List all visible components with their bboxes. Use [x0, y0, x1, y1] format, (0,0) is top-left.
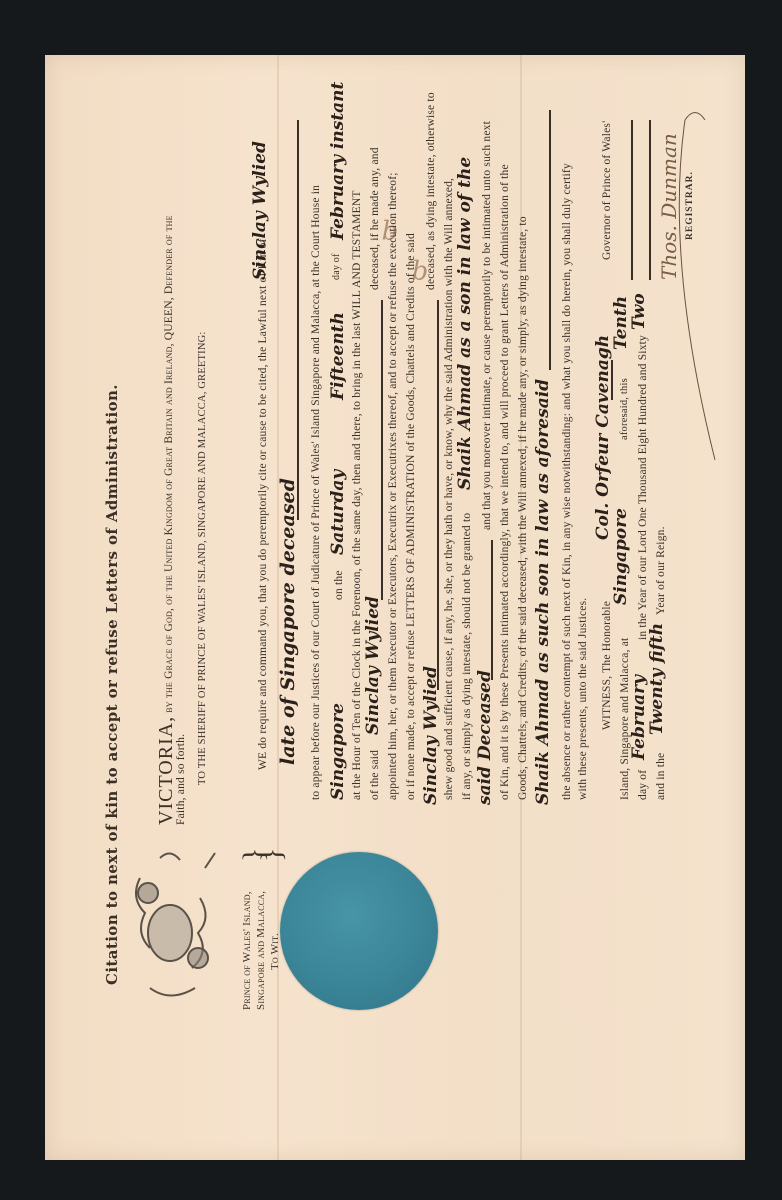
handwritten-next-of-kin: Sinclay Wylied: [250, 141, 270, 280]
handwritten-late-of: late of Singapore deceased: [277, 478, 299, 765]
handwritten-day-number: Fifteenth: [328, 312, 348, 400]
bleed-through-mark: b: [382, 217, 399, 247]
body-line-8: of Kin, and it is by these Presents inti…: [499, 164, 511, 800]
bleed-through-mark: b: [412, 257, 429, 287]
handwritten-month-of: February: [629, 675, 649, 760]
witness-line-1: WITNESS, The Honorable: [601, 601, 613, 730]
witness-line-4b: Year of our Reign.: [655, 526, 667, 615]
handwritten-court-place: Singapore: [328, 703, 348, 800]
brace-icon: }: [255, 847, 289, 862]
body-line-9: Goods, Chattels, and Credits, of the sai…: [517, 216, 529, 800]
handwritten-honorable-name: Col. Orfeur Cavenagh: [593, 335, 613, 540]
handwritten-administer-to: Shaik Ahmad as such son in law as afores…: [533, 379, 553, 805]
handwritten-this-day: Tenth: [611, 296, 631, 350]
jurisdiction-line-1: Prince of Wales' Island,: [241, 891, 253, 1010]
handwritten-at-place: Singapore: [611, 508, 631, 605]
fill-line: [611, 360, 613, 400]
document-title: Citation to next of kin to accept or ref…: [103, 384, 121, 985]
handwritten-on-day: Saturday: [328, 470, 348, 555]
jurisdiction-line-2: Singapore and Malacca,: [255, 891, 267, 1010]
witness-line-3a: day of: [637, 770, 649, 800]
body-line-11: with these presents, unto the said Justi…: [577, 598, 589, 800]
handwritten-granted-to: Shaik Ahmad as a son in law of the: [455, 157, 475, 490]
body-on: on the: [333, 570, 345, 600]
fill-line: [631, 120, 633, 280]
body-line-7: and that you moreover intimate, or cause…: [481, 121, 493, 530]
body-line-10: the absence or rather contempt of such n…: [561, 163, 573, 800]
fill-line: [297, 120, 299, 520]
witness-line-4a: and in the: [655, 753, 667, 800]
document-content: Citation to next of kin to accept or ref…: [45, 55, 745, 1160]
signature-flourish-icon: [645, 100, 725, 460]
witness-governor: Governor of Prince of Wales': [601, 121, 613, 260]
handwritten-said-deceased: said Deceased: [475, 670, 495, 805]
body-day-of: day of: [331, 254, 342, 280]
body-line-6: shew good and sufficient cause, if any, …: [443, 178, 455, 800]
handwritten-month: February instant: [328, 82, 348, 240]
body-line-2: to appear before our Justices of our Cou…: [310, 185, 322, 800]
handwritten-reign-year: Twenty fifth: [647, 623, 667, 735]
body-line-4: appointed him, her, or them Executor or …: [387, 172, 399, 800]
handwritten-said-name: Sinclay Wylied: [363, 596, 383, 735]
fill-line: [437, 300, 439, 690]
jurisdiction-line-3: To Wit.: [269, 933, 281, 970]
preamble-to-sheriff: TO THE SHERIFF OF PRINCE OF WALES' ISLAN…: [197, 331, 208, 785]
body-line-5: or if none made, to accept or refuse LET…: [405, 233, 417, 800]
body-said: of the said: [369, 750, 381, 800]
fill-line: [491, 540, 493, 680]
body-line-1: WE do require and command you, that you …: [257, 238, 269, 770]
fill-line: [381, 300, 383, 600]
preamble-faith: Faith, and so forth.: [175, 734, 187, 825]
fill-line: [549, 110, 551, 370]
body-granted-to: if any, or simply as dying intestate, sh…: [461, 513, 473, 800]
body-line-3: at the Hour of Ten of the Clock in the F…: [351, 190, 363, 800]
witness-line-2b: aforesaid, this: [619, 378, 630, 440]
body-deceased-if: deceased, if he made any, and: [369, 147, 381, 290]
